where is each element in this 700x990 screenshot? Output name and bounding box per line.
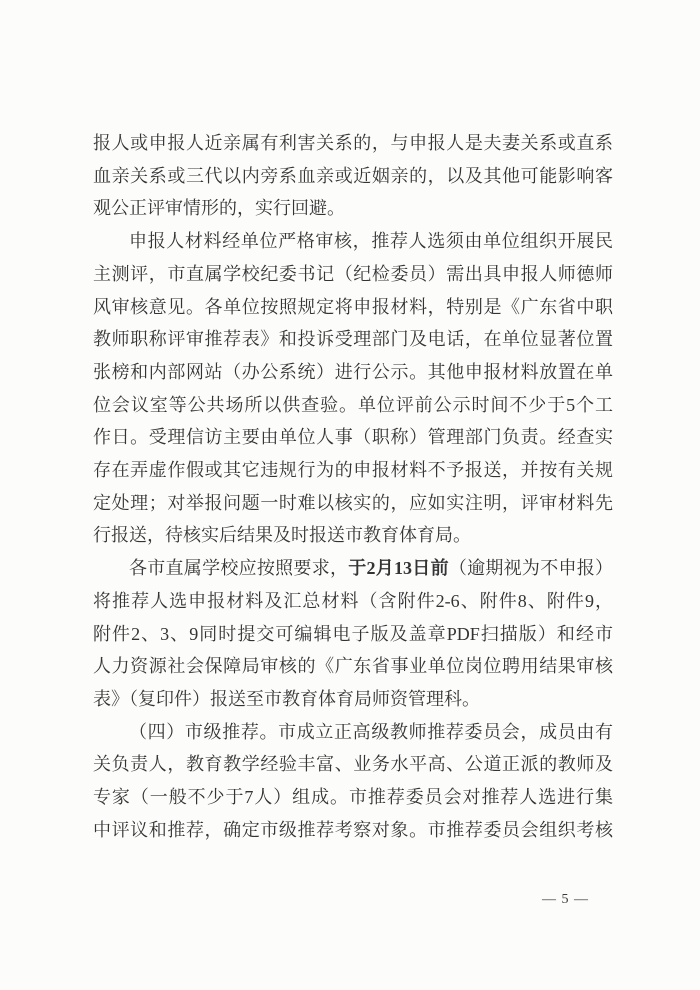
- text-line: 风审核意见。各单位按照规定将申报材料，特别是《广东省中职: [93, 291, 613, 324]
- text-line: 申报人材料经单位严格审核，推荐人选须由单位组织开展民: [93, 225, 613, 258]
- text-line: （四）市级推荐。市成立正高级教师推荐委员会，成员由有: [93, 716, 613, 749]
- text-line: 行报送，待核实后结果及时报送市教育体育局。: [93, 519, 613, 552]
- text-segment: 专家（一般不少于7人）组成。市推荐委员会对推荐人选进行集: [93, 787, 613, 807]
- text-line: 定处理；对举报问题一时难以核实的，应如实注明，评审材料先: [93, 487, 613, 520]
- text-line: 张榜和内部网站（办公系统）进行公示。其他申报材料放置在单: [93, 356, 613, 389]
- text-segment: 作日。受理信访主要由单位人事（职称）管理部门负责。经查实: [93, 427, 613, 447]
- text-line: 主测评，市直属学校纪委书记（纪检委员）需出具申报人师德师: [93, 258, 613, 291]
- text-segment: （逾期视为不申报）: [449, 558, 613, 578]
- text-segment: 报人或申报人近亲属有利害关系的，与申报人是夫妻关系或直系: [93, 133, 613, 153]
- text-segment: 将推荐人选申报材料及汇总材料（含附件2-6、附件8、附件9，: [93, 591, 613, 611]
- text-segment: 人力资源社会保障局审核的《广东省事业单位岗位聘用结果审核: [93, 656, 613, 676]
- text-segment: 风审核意见。各单位按照规定将申报材料，特别是《广东省中职: [93, 297, 613, 317]
- document-body: 报人或申报人近亲属有利害关系的，与申报人是夫妻关系或直系血亲关系或三代以内旁系血…: [93, 127, 613, 846]
- text-line: 观公正评审情形的，实行回避。: [93, 192, 613, 225]
- text-segment: 张榜和内部网站（办公系统）进行公示。其他申报材料放置在单: [93, 362, 613, 382]
- text-line: 将推荐人选申报材料及汇总材料（含附件2-6、附件8、附件9，: [93, 585, 613, 618]
- text-line: 人力资源社会保障局审核的《广东省事业单位岗位聘用结果审核: [93, 650, 613, 683]
- text-segment: 血亲关系或三代以内旁系血亲或近姻亲的，以及其他可能影响客: [93, 166, 613, 186]
- text-line: 各市直属学校应按照要求，于2月13日前（逾期视为不申报）: [93, 552, 613, 585]
- text-line: 表》（复印件）报送至市教育体育局师资管理科。: [93, 683, 613, 716]
- text-segment: 主测评，市直属学校纪委书记（纪检委员）需出具申报人师德师: [93, 264, 613, 284]
- text-line: 附件2、3、9同时提交可编辑电子版及盖章PDF扫描版）和经市: [93, 618, 613, 651]
- text-line: 位会议室等公共场所以供查验。单位评前公示时间不少于5个工: [93, 389, 613, 422]
- deadline-bold-text: 于2月13日前: [348, 558, 449, 578]
- text-segment: 申报人材料经单位严格审核，推荐人选须由单位组织开展民: [129, 231, 613, 251]
- document-page: 报人或申报人近亲属有利害关系的，与申报人是夫妻关系或直系血亲关系或三代以内旁系血…: [0, 0, 700, 990]
- text-segment: 行报送，待核实后结果及时报送市教育体育局。: [93, 525, 471, 545]
- page-number: — 5 —: [542, 892, 589, 908]
- text-line: 存在弄虚作假或其它违规行为的申报材料不予报送，并按有关规: [93, 454, 613, 487]
- text-segment: 各市直属学校应按照要求，: [129, 558, 348, 578]
- text-segment: 附件2、3、9同时提交可编辑电子版及盖章PDF扫描版）和经市: [93, 624, 613, 644]
- text-line: 报人或申报人近亲属有利害关系的，与申报人是夫妻关系或直系: [93, 127, 613, 160]
- text-line: 作日。受理信访主要由单位人事（职称）管理部门负责。经查实: [93, 421, 613, 454]
- text-line: 专家（一般不少于7人）组成。市推荐委员会对推荐人选进行集: [93, 781, 613, 814]
- text-segment: 表》（复印件）报送至市教育体育局师资管理科。: [93, 689, 480, 709]
- text-segment: 关负责人，教育教学经验丰富、业务水平高、公道正派的教师及: [93, 754, 613, 774]
- text-line: 教师职称评审推荐表》和投诉受理部门及电话，在单位显著位置: [93, 323, 613, 356]
- text-line: 血亲关系或三代以内旁系血亲或近姻亲的，以及其他可能影响客: [93, 160, 613, 193]
- text-segment: 位会议室等公共场所以供查验。单位评前公示时间不少于5个工: [93, 395, 613, 415]
- text-segment: 存在弄虚作假或其它违规行为的申报材料不予报送，并按有关规: [93, 460, 613, 480]
- text-segment: （四）市级推荐。市成立正高级教师推荐委员会，成员由有: [129, 722, 613, 742]
- text-line: 关负责人，教育教学经验丰富、业务水平高、公道正派的教师及: [93, 748, 613, 781]
- text-line: 中评议和推荐，确定市级推荐考察对象。市推荐委员会组织考核: [93, 814, 613, 847]
- text-segment: 中评议和推荐，确定市级推荐考察对象。市推荐委员会组织考核: [93, 820, 613, 840]
- text-segment: 定处理；对举报问题一时难以核实的，应如实注明，评审材料先: [93, 493, 613, 513]
- text-segment: 观公正评审情形的，实行回避。: [93, 198, 345, 218]
- text-segment: 教师职称评审推荐表》和投诉受理部门及电话，在单位显著位置: [93, 329, 613, 349]
